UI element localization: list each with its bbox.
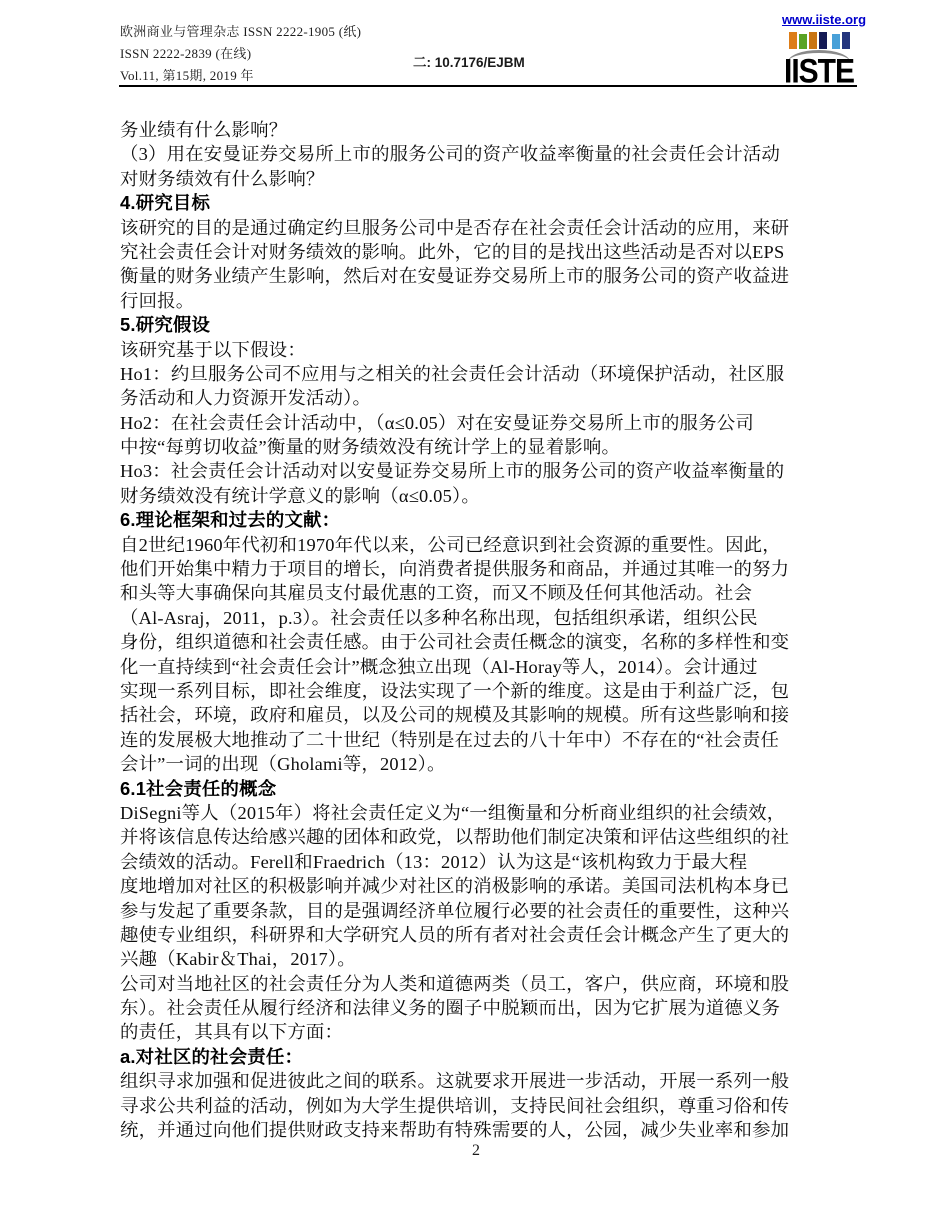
logo-bar xyxy=(842,32,850,49)
text-line: Ho2：在社会责任会计活动中，（α≤0.05）对在安曼证券交易所上市的服务公司 xyxy=(120,411,838,435)
text-line: 身份，组织道德和社会责任感。由于公司社会责任概念的演变，名称的多样性和变 xyxy=(120,630,838,654)
text-line: （3）用在安曼证券交易所上市的服务公司的资产收益率衡量的社会责任会计活动 xyxy=(120,142,838,166)
logo-bar xyxy=(809,32,817,49)
website-link[interactable]: www.iiste.org xyxy=(778,12,870,27)
journal-info: 欧洲商业与管理杂志 ISSN 2222-1905 (纸) ISSN 2222-2… xyxy=(120,21,361,87)
page-number: 2 xyxy=(0,1142,952,1160)
text-line: 并将该信息传达给感兴趣的团体和政党，以帮助他们制定决策和评估这些组织的社 xyxy=(120,825,838,849)
text-line: 行回报。 xyxy=(120,289,838,313)
text-line: 务活动和人力资源开发活动）。 xyxy=(120,386,838,410)
text-line: 和头等大事确保向其雇员支付最优惠的工资，而又不顾及任何其他活动。社会 xyxy=(120,581,838,605)
logo-text: IISTE xyxy=(784,56,854,88)
text-line: 趣使专业组织，科研界和大学研究人员的所有者对社会责任会计概念产生了更大的 xyxy=(120,923,838,947)
text-line: 会绩效的活动。Ferell和Fraedrich（13：2012）认为这是“该机构… xyxy=(120,850,838,874)
text-line: 究社会责任会计对财务绩效的影响。此外，它的目的是找出这些活动是否对以EPS xyxy=(120,240,838,264)
journal-page: 欧洲商业与管理杂志 ISSN 2222-1905 (纸) ISSN 2222-2… xyxy=(0,0,952,1232)
text-line: 实现一系列目标，即社会维度，设法实现了一个新的维度。这是由于利益广泛，包 xyxy=(120,679,838,703)
text-line: 连的发展极大地推动了二十世纪（特别是在过去的八十年中）不存在的“社会责任 xyxy=(120,728,838,752)
section-heading: 6.理论框架和过去的文献： xyxy=(120,508,838,532)
text-line: 该研究基于以下假设： xyxy=(120,338,838,362)
text-line: （Al-Asraj，2011，p.3）。社会责任以多种名称出现，包括组织承诺，组… xyxy=(120,606,838,630)
section-heading: 4.研究目标 xyxy=(120,191,838,215)
iiste-logo: IISTE xyxy=(783,31,855,84)
logo-bar xyxy=(832,34,840,49)
text-line: 对财务绩效有什么影响？ xyxy=(120,167,838,191)
doi-text: 二: 10.7176/EJBM xyxy=(413,51,525,71)
journal-issn-line: ISSN 2222-2839 (在线) xyxy=(120,43,361,65)
text-line: DiSegni等人（2015年）将社会责任定义为“一组衡量和分析商业组织的社会绩… xyxy=(120,801,838,825)
journal-volume-line: Vol.11, 第15期, 2019 年 xyxy=(120,65,361,87)
section-heading: 6.1社会责任的概念 xyxy=(120,777,838,801)
text-line: 兴趣（Kabir＆Thai，2017）。 xyxy=(120,947,838,971)
text-line: 组织寻求加强和促进彼此之间的联系。这就要求开展进一步活动，开展一系列一般 xyxy=(120,1069,838,1093)
text-line: 会计”一词的出现（Gholami等，2012）。 xyxy=(120,752,838,776)
text-line: Ho1：约旦服务公司不应用与之相关的社会责任会计活动（环境保护活动，社区服 xyxy=(120,362,838,386)
text-line: 统，并通过向他们提供财政支持来帮助有特殊需要的人，公园，减少失业率和参加 xyxy=(120,1118,838,1142)
text-line: 东）。社会责任从履行经济和法律义务的圈子中脱颖而出，因为它扩展为道德义务 xyxy=(120,996,838,1020)
text-line: 他们开始集中精力于项目的增长，向消费者提供服务和商品，并通过其唯一的努力 xyxy=(120,557,838,581)
section-heading: a.对社区的社会责任： xyxy=(120,1045,838,1069)
text-line: 财务绩效没有统计学意义的影响（α≤0.05）。 xyxy=(120,484,838,508)
text-line: 衡量的财务业绩产生影响，然后对在安曼证券交易所上市的服务公司的资产收益进 xyxy=(120,264,838,288)
text-line: 该研究的目的是通过确定约旦服务公司中是否存在社会责任会计活动的应用，来研 xyxy=(120,216,838,240)
text-line: 化一直持续到“社会责任会计”概念独立出现（Al-Horay等人，2014）。会计… xyxy=(120,655,838,679)
document-body: 务业绩有什么影响？（3）用在安曼证券交易所上市的服务公司的资产收益率衡量的社会责… xyxy=(120,118,838,1142)
section-heading: 5.研究假设 xyxy=(120,313,838,337)
text-line: 括社会，环境，政府和雇员，以及公司的规模及其影响的规模。所有这些影响和接 xyxy=(120,703,838,727)
header-divider xyxy=(119,85,857,87)
text-line: 中按“每剪切收益”衡量的财务绩效没有统计学上的显着影响。 xyxy=(120,435,838,459)
logo-bar xyxy=(789,32,797,49)
text-line: 参与发起了重要条款，目的是强调经济单位履行必要的社会责任的重要性，这种兴 xyxy=(120,899,838,923)
text-line: 务业绩有什么影响？ xyxy=(120,118,838,142)
journal-title-line: 欧洲商业与管理杂志 ISSN 2222-1905 (纸) xyxy=(120,21,361,43)
logo-bars-icon xyxy=(789,31,850,49)
text-line: 寻求公共利益的活动，例如为大学生提供培训，支持民间社会组织，尊重习俗和传 xyxy=(120,1094,838,1118)
text-line: Ho3：社会责任会计活动对以安曼证券交易所上市的服务公司的资产收益率衡量的 xyxy=(120,459,838,483)
text-line: 自2世纪1960年代初和1970年代以来，公司已经意识到社会资源的重要性。因此， xyxy=(120,533,838,557)
logo-bar xyxy=(799,34,807,49)
text-line: 公司对当地社区的社会责任分为人类和道德两类（员工，客户，供应商，环境和股 xyxy=(120,972,838,996)
logo-bar xyxy=(819,32,827,49)
text-line: 度地增加对社区的积极影响并减少对社区的消极影响的承诺。美国司法机构本身已 xyxy=(120,874,838,898)
text-line: 的责任，其具有以下方面： xyxy=(120,1020,838,1044)
